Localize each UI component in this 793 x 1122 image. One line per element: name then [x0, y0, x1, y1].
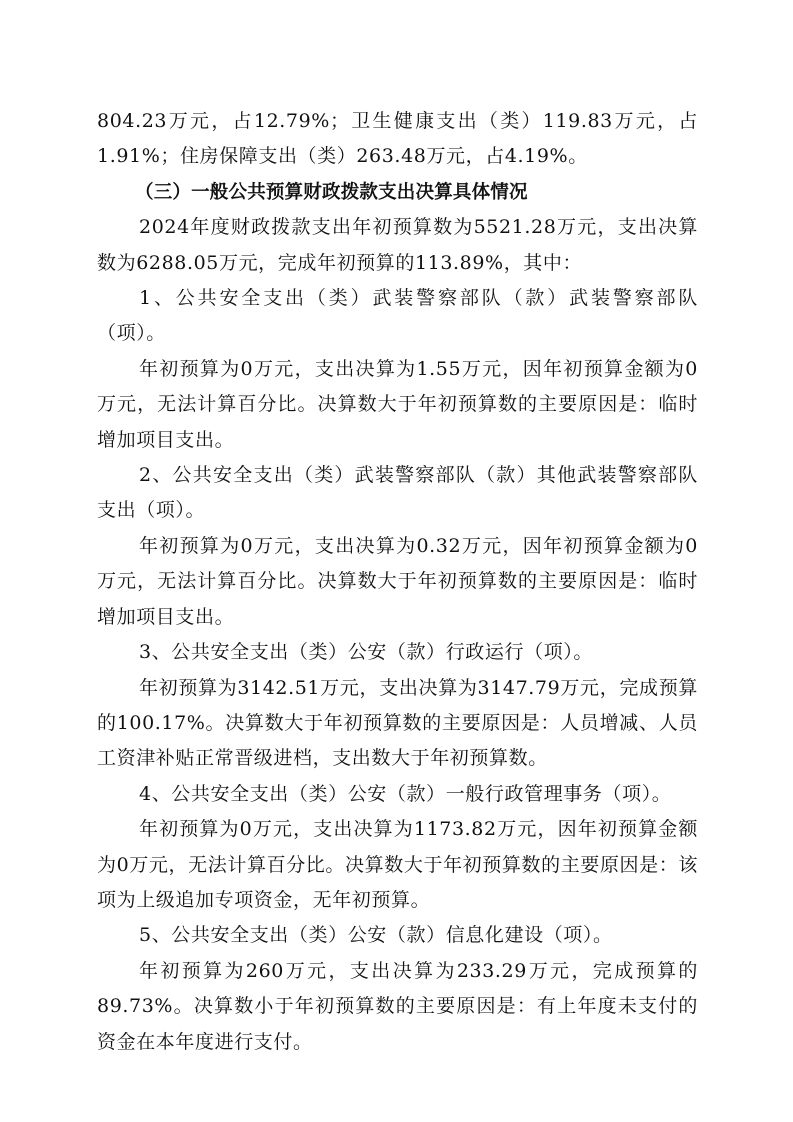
item-3-title: 3、公共安全支出（类）公安（款）行政运行（项）。 [97, 635, 698, 670]
paragraph-continuation: 804.23万元，占12.79%；卫生健康支出（类）119.83万元，占1.91… [97, 104, 698, 175]
document-page: 804.23万元，占12.79%；卫生健康支出（类）119.83万元，占1.91… [97, 104, 698, 1060]
item-2-title: 2、公共安全支出（类）武装警察部队（款）其他武装警察部队支出（项）。 [97, 458, 698, 529]
item-3-body: 年初预算为3142.51万元，支出决算为3147.79万元，完成预算的100.1… [97, 671, 698, 777]
item-1-body: 年初预算为0万元，支出决算为1.55万元，因年初预算金额为0万元，无法计算百分比… [97, 352, 698, 458]
item-4-title: 4、公共安全支出（类）公安（款）一般行政管理事务（项）。 [97, 777, 698, 812]
item-4-body: 年初预算为0万元，支出决算为1173.82万元，因年初预算金额为0万元，无法计算… [97, 812, 698, 918]
item-2-body: 年初预算为0万元，支出决算为0.32万元，因年初预算金额为0万元，无法计算百分比… [97, 529, 698, 635]
item-1-title: 1、公共安全支出（类）武装警察部队（款）武装警察部队（项）。 [97, 281, 698, 352]
section-heading: （三）一般公共预算财政拨款支出决算具体情况 [97, 175, 698, 210]
item-5-body: 年初预算为260万元，支出决算为233.29万元，完成预算的89.73%。决算数… [97, 954, 698, 1060]
item-5-title: 5、公共安全支出（类）公安（款）信息化建设（项）。 [97, 918, 698, 953]
paragraph-summary: 2024年度财政拨款支出年初预算数为5521.28万元，支出决算数为6288.0… [97, 210, 698, 281]
